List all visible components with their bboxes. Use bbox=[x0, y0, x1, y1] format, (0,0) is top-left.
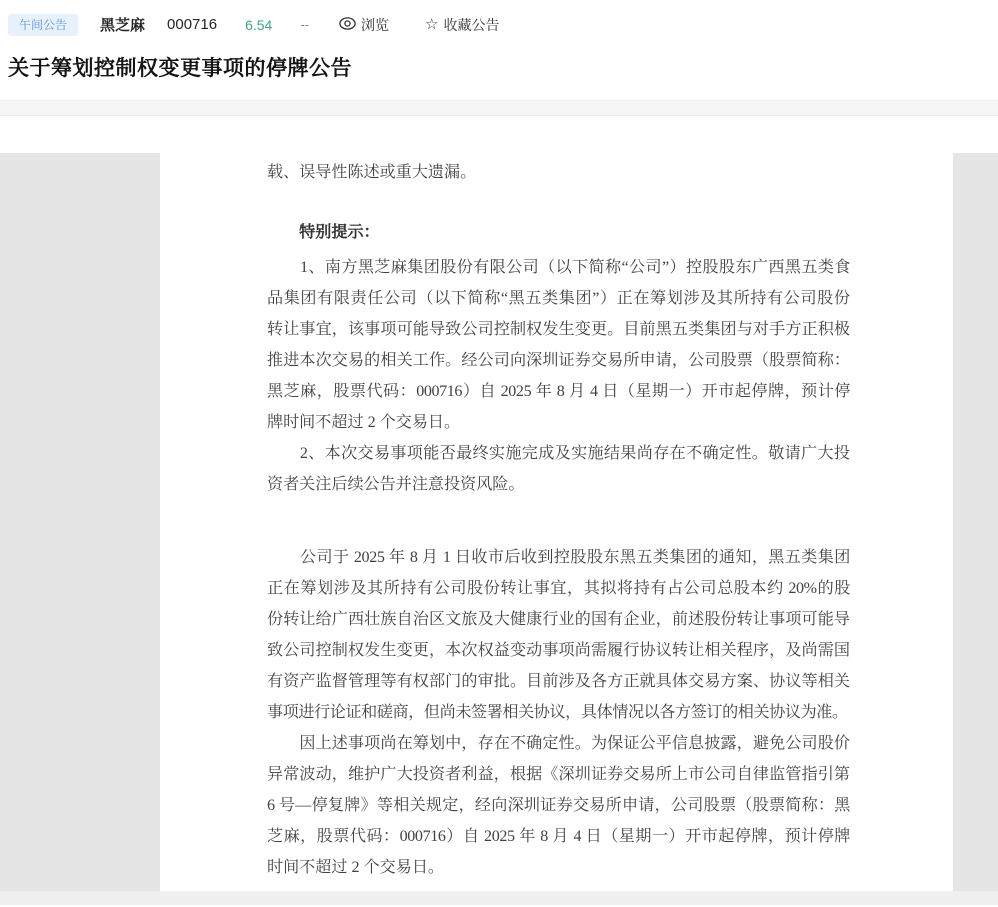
doc-line: 正在筹划涉及其所持有公司股份转让事宜，其拟将持有占公司总股本约 20%的股 bbox=[267, 573, 850, 604]
browse-label: 浏览 bbox=[361, 15, 389, 35]
doc-line: 转让事宜，该事项可能导致公司控制权发生变更。目前黑五类集团与对手方正积极 bbox=[267, 314, 850, 345]
doc-line: 6 号—停复牌》等相关规定，经向深圳证券交易所申请，公司股票（股票简称：黑 bbox=[267, 790, 850, 821]
doc-line: 异常波动，维护广大投资者利益，根据《深圳证券交易所上市公司自律监管指引第 bbox=[267, 759, 850, 790]
favorite-button[interactable]: ☆ 收藏公告 bbox=[425, 15, 499, 35]
eye-icon bbox=[339, 17, 356, 33]
doc-line: 致公司控制权发生变更，本次权益变动事项尚需履行协议转让相关程序，及尚需国 bbox=[267, 635, 850, 666]
doc-line: 牌时间不超过 2 个交易日。 bbox=[267, 407, 850, 438]
doc-line: 黑芝麻，股票代码：000716）自 2025 年 8 月 4 日（星期一）开市起… bbox=[267, 376, 850, 407]
paragraph: 因上述事项尚在筹划中，存在不确定性。为保证公平信息披露，避免公司股价异常波动，维… bbox=[267, 728, 850, 883]
doc-line: 有资产监督管理等有权部门的审批。目前涉及各方正就具体交易方案、协议等相关 bbox=[267, 666, 850, 697]
announcement-topbar: 午间公告 黑芝麻 000716 6.54 -- 浏览 ☆ 收藏公告 bbox=[0, 0, 998, 40]
doc-line: 份转让给广西壮族自治区文旅及大健康行业的国有企业，前述股份转让事项可能导 bbox=[267, 604, 850, 635]
document-page: 载、误导性陈述或重大遗漏。 特别提示： 1、南方黑芝麻集团股份有限公司（以下简称… bbox=[160, 153, 953, 891]
stock-price: 6.54 bbox=[245, 17, 272, 33]
star-icon: ☆ bbox=[425, 17, 438, 32]
doc-line: 公司于 2025 年 8 月 1 日收市后收到控股股东黑五类集团的通知，黑五类集… bbox=[267, 542, 850, 573]
doc-line: 1、南方黑芝麻集团股份有限公司（以下简称“公司”）控股股东广西黑五类食 bbox=[267, 252, 850, 283]
paragraph: 载、误导性陈述或重大遗漏。 bbox=[267, 157, 850, 188]
doc-line: 2、本次交易事项能否最终实施完成及实施结果尚存在不确定性。敬请广大投 bbox=[267, 438, 850, 469]
announcement-time-badge: 午间公告 bbox=[8, 14, 78, 36]
stock-change: -- bbox=[300, 17, 309, 32]
favorite-label: 收藏公告 bbox=[443, 15, 499, 35]
doc-line: 因上述事项尚在筹划中，存在不确定性。为保证公平信息披露，避免公司股价 bbox=[267, 728, 850, 759]
doc-line: 时间不超过 2 个交易日。 bbox=[267, 852, 850, 883]
doc-line: 特别提示： bbox=[267, 217, 850, 248]
header-spacer bbox=[0, 116, 998, 153]
document-viewport: 载、误导性陈述或重大遗漏。 特别提示： 1、南方黑芝麻集团股份有限公司（以下简称… bbox=[0, 153, 998, 905]
announcement-title: 关于筹划控制权变更事项的停牌公告 bbox=[0, 40, 998, 100]
doc-line: 推进本次交易的相关工作。经公司向深圳证券交易所申请，公司股票（股票简称： bbox=[267, 345, 850, 376]
stock-code: 000716 bbox=[167, 16, 217, 33]
doc-line: 载、误导性陈述或重大遗漏。 bbox=[267, 157, 850, 188]
separator-band bbox=[0, 100, 998, 116]
bottom-strip bbox=[0, 891, 998, 905]
doc-line: 品集团有限责任公司（以下简称“黑五类集团”）正在筹划涉及其所持有公司股份 bbox=[267, 283, 850, 314]
browse-button[interactable]: 浏览 bbox=[339, 15, 389, 35]
paragraph: 公司于 2025 年 8 月 1 日收市后收到控股股东黑五类集团的通知，黑五类集… bbox=[267, 542, 850, 728]
paragraph: 1、南方黑芝麻集团股份有限公司（以下简称“公司”）控股股东广西黑五类食品集团有限… bbox=[267, 252, 850, 438]
doc-line: 资者关注后续公告并注意投资风险。 bbox=[267, 469, 850, 500]
paragraph: 2、本次交易事项能否最终实施完成及实施结果尚存在不确定性。敬请广大投资者关注后续… bbox=[267, 438, 850, 500]
doc-line: 事项进行论证和磋商，但尚未签署相关协议，具体情况以各方签订的相关协议为准。 bbox=[267, 697, 850, 728]
doc-line: 芝麻，股票代码：000716）自 2025 年 8 月 4 日（星期一）开市起停… bbox=[267, 821, 850, 852]
paragraph: 特别提示： bbox=[267, 217, 850, 248]
stock-name: 黑芝麻 bbox=[100, 14, 145, 35]
